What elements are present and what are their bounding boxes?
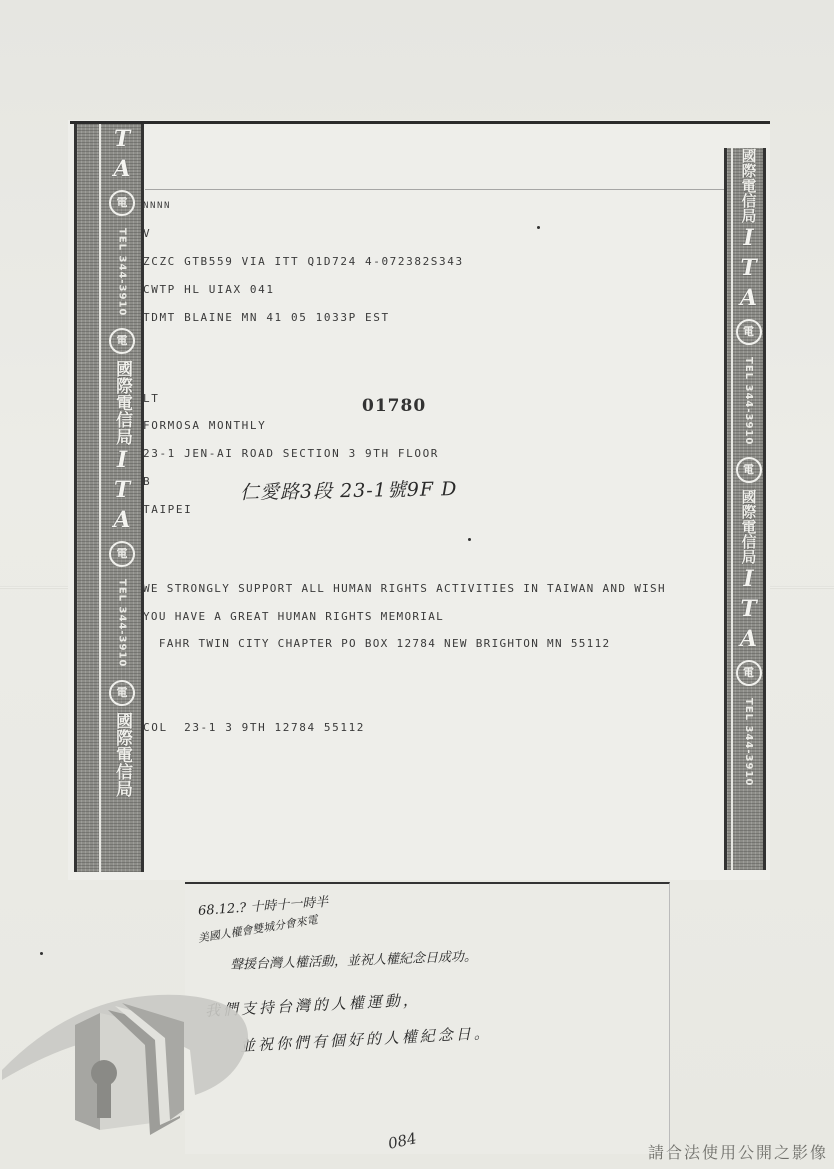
header-line: NNNN <box>143 201 171 211</box>
collation-line: COL 23-1 3 9TH 12784 55112 <box>143 721 365 734</box>
strip-letter: T <box>114 124 130 154</box>
strip-letter: I <box>743 223 753 253</box>
telecom-seal-icon: 電 <box>736 319 762 345</box>
header-line: TDMT BLAINE MN 41 05 1033P EST <box>143 311 390 324</box>
telecom-seal-icon: 電 <box>109 190 135 216</box>
speck <box>468 538 471 541</box>
legal-use-watermark: 請合法使用公開之影像 <box>648 1140 828 1163</box>
header-line: V <box>143 227 151 240</box>
address-line: B <box>143 475 151 488</box>
address-line: LT <box>143 392 159 405</box>
archive-book-keyhole-logo-icon <box>0 970 260 1140</box>
strip-agency-name: 國際電信局 <box>738 148 760 223</box>
strip-letter: I <box>117 445 127 475</box>
speck <box>40 952 43 955</box>
message-line: WE STRONGLY SUPPORT ALL HUMAN RIGHTS ACT… <box>143 582 666 595</box>
strip-tel: TEL 344-3910 <box>117 228 128 316</box>
scanned-page: T A 電 TEL 344-3910 電 國際電信局 I T A 電 TEL 3… <box>0 0 834 1169</box>
strip-tel: TEL 344-3910 <box>117 579 128 667</box>
strip-letter: T <box>114 475 130 505</box>
strip-letter: A <box>113 505 130 535</box>
strip-tel: TEL 344-3910 <box>743 698 754 786</box>
strip-agency-name: 國際電信局 <box>738 489 760 564</box>
telecom-seal-icon: 電 <box>109 541 135 567</box>
ita-border-strip-left: T A 電 TEL 344-3910 電 國際電信局 I T A 電 TEL 3… <box>74 124 144 872</box>
strip-agency-name: 國際電信局 <box>111 712 133 797</box>
speck <box>537 226 540 229</box>
telecom-seal-icon: 電 <box>736 660 762 686</box>
address-line: FORMOSA MONTHLY <box>143 419 266 432</box>
strip-letter: T <box>740 594 756 624</box>
telecom-seal-icon: 電 <box>109 328 135 354</box>
strip-letter: I <box>743 564 753 594</box>
serial-number: 01780 <box>362 396 426 416</box>
strip-letter: A <box>740 624 757 654</box>
strip-letter: T <box>740 253 756 283</box>
header-line: CWTP HL UIAX 041 <box>143 283 275 296</box>
handwritten-address: 仁愛路3段 23-1號9F D <box>240 474 458 505</box>
strip-agency-name: 國際電信局 <box>111 360 133 445</box>
address-line: 23-1 JEN-AI ROAD SECTION 3 9TH FLOOR <box>143 447 439 460</box>
telegram-inner-rule <box>145 189 725 190</box>
address-line: TAIPEI <box>143 503 192 516</box>
header-line: ZCZC GTB559 VIA ITT Q1D724 4-072382S343 <box>143 255 464 268</box>
strip-tel: TEL 344-3910 <box>743 357 754 445</box>
message-line: YOU HAVE A GREAT HUMAN RIGHTS MEMORIAL <box>143 610 444 623</box>
message-line: FAHR TWIN CITY CHAPTER PO BOX 12784 NEW … <box>143 637 610 650</box>
telecom-seal-icon: 電 <box>736 457 762 483</box>
strip-letter: A <box>113 154 130 184</box>
telecom-seal-icon: 電 <box>109 680 135 706</box>
telegram-top-border <box>70 121 770 124</box>
strip-letter: A <box>740 283 757 313</box>
ita-border-strip-right: 國際電信局 I T A 電 TEL 344-3910 電 國際電信局 I T A… <box>724 148 766 870</box>
